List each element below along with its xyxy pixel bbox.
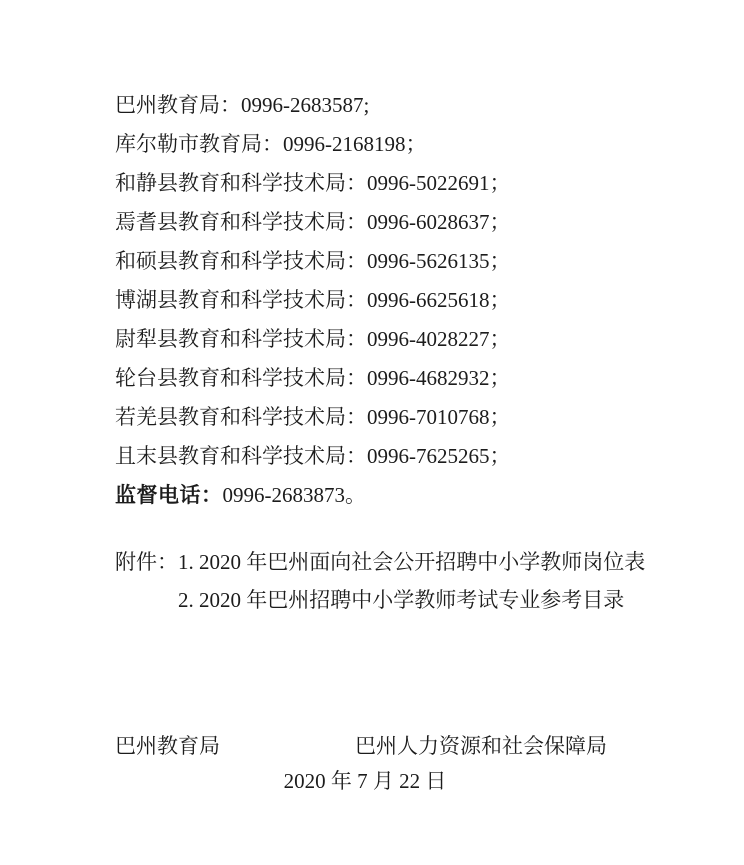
bureau-name: 和硕县教育和科学技术局 xyxy=(115,249,346,273)
contact-row: 和硕县教育和科学技术局：0996-5626135； xyxy=(115,242,511,281)
contact-phone-list: 巴州教育局：0996-2683587; 库尔勒市教育局：0996-2168198… xyxy=(115,86,511,515)
contact-row: 焉耆县教育和科学技术局：0996-6028637； xyxy=(115,203,511,242)
bureau-name: 库尔勒市教育局 xyxy=(115,132,262,156)
bureau-name: 和静县教育和科学技术局 xyxy=(115,171,346,195)
bureau-name: 博湖县教育和科学技术局 xyxy=(115,288,346,312)
supervision-phone-row: 监督电话：0996-2683873。 xyxy=(115,476,511,515)
contact-row: 和静县教育和科学技术局：0996-5022691； xyxy=(115,164,511,203)
bureau-name: 巴州教育局 xyxy=(115,93,220,117)
colon: ： xyxy=(346,210,367,234)
bureau-name: 尉犁县教育和科学技术局 xyxy=(115,327,346,351)
colon: ： xyxy=(201,484,223,507)
contact-row: 若羌县教育和科学技术局：0996-7010768； xyxy=(115,398,511,437)
contact-row: 巴州教育局：0996-2683587; xyxy=(115,86,511,125)
colon: ： xyxy=(220,93,241,117)
attachment-item: 2. 2020 年巴州招聘中小学教师考试专业参考目录 xyxy=(115,581,645,619)
bureau-name: 且末县教育和科学技术局 xyxy=(115,444,346,468)
attachment-item: 附件：1. 2020 年巴州面向社会公开招聘中小学教师岗位表 xyxy=(115,543,645,581)
phone-number: 0996-5022691； xyxy=(367,171,511,195)
contact-row: 且末县教育和科学技术局：0996-7625265； xyxy=(115,437,511,476)
colon: ： xyxy=(346,366,367,390)
signature-left: 巴州教育局 xyxy=(115,734,220,758)
colon: ： xyxy=(346,327,367,351)
document-date: 2020 年 7 月 22 日 xyxy=(0,768,744,794)
phone-number: 0996-6625618； xyxy=(367,288,511,312)
colon: ： xyxy=(346,249,367,273)
phone-number: 0996-4682932； xyxy=(367,366,511,390)
colon: ： xyxy=(346,288,367,312)
attachment-title: 2. 2020 年巴州招聘中小学教师考试专业参考目录 xyxy=(178,588,624,612)
phone-number: 0996-6028637； xyxy=(367,210,511,234)
phone-number: 0996-2168198； xyxy=(283,132,427,156)
contact-row: 库尔勒市教育局：0996-2168198； xyxy=(115,125,511,164)
contact-row: 轮台县教育和科学技术局：0996-4682932； xyxy=(115,359,511,398)
signature-right: 巴州人力资源和社会保障局 xyxy=(355,734,607,758)
phone-number: 0996-2683587; xyxy=(241,93,369,117)
colon: ： xyxy=(262,132,283,156)
phone-number: 0996-4028227； xyxy=(367,327,511,351)
attachment-prefix: 附件： xyxy=(115,550,178,574)
contact-row: 博湖县教育和科学技术局：0996-6625618； xyxy=(115,281,511,320)
phone-number: 0996-7625265； xyxy=(367,444,511,468)
colon: ： xyxy=(346,171,367,195)
bureau-name: 若羌县教育和科学技术局 xyxy=(115,405,346,429)
attachment-list: 附件：1. 2020 年巴州面向社会公开招聘中小学教师岗位表 2. 2020 年… xyxy=(115,543,645,619)
attachment-title: 1. 2020 年巴州面向社会公开招聘中小学教师岗位表 xyxy=(178,550,645,574)
bureau-name: 轮台县教育和科学技术局 xyxy=(115,366,346,390)
colon: ： xyxy=(346,405,367,429)
supervision-label: 监督电话 xyxy=(115,484,201,507)
document-page: 巴州教育局：0996-2683587; 库尔勒市教育局：0996-2168198… xyxy=(0,0,744,865)
phone-number: 0996-7010768； xyxy=(367,405,511,429)
phone-number: 0996-5626135； xyxy=(367,249,511,273)
supervision-phone-number: 0996-2683873。 xyxy=(223,483,367,507)
bureau-name: 焉耆县教育和科学技术局 xyxy=(115,210,346,234)
contact-row: 尉犁县教育和科学技术局：0996-4028227； xyxy=(115,320,511,359)
colon: ： xyxy=(346,444,367,468)
signature-row: 巴州教育局巴州人力资源和社会保障局 xyxy=(115,733,607,759)
